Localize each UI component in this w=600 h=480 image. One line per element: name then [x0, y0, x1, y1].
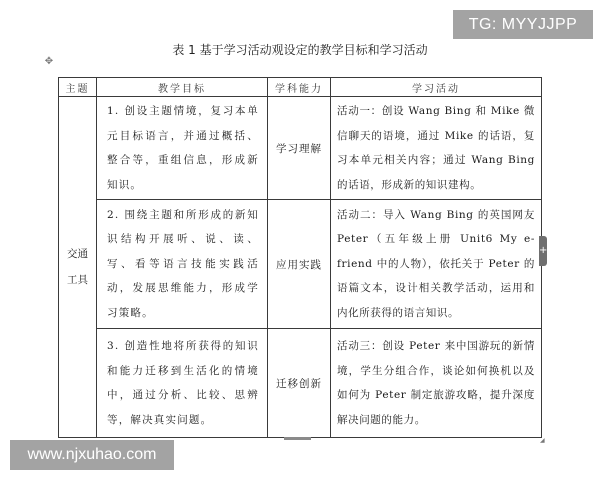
skill-cell[interactable]: 学习理解 — [268, 97, 331, 200]
topic-text: 交通工具 — [67, 241, 89, 293]
table-move-handle-icon[interactable]: ✥ — [44, 57, 54, 67]
header-teaching-goal: 教学目标 — [97, 78, 268, 97]
header-subject-ability: 学科能力 — [268, 78, 331, 97]
watermark-top: TG: MYYJJPP — [453, 10, 593, 39]
table-caption: 表 1 基于学习活动观设定的教学目标和学习活动 — [0, 41, 600, 58]
goal-cell[interactable]: 2. 围绕主题和所形成的新知识结构开展听、说、读、写、看等语言技能实践活动，发展… — [97, 200, 268, 329]
goal-cell[interactable]: 3. 创造性地将所获得的知识和能力迁移到生活化的情境中，通过分析、比较、思辨等，… — [97, 329, 268, 438]
goal-cell[interactable]: 1. 创设主题情境，复习本单元目标语言，并通过概括、整合等，重组信息，形成新知识… — [97, 97, 268, 200]
header-topic: 主题 — [59, 78, 97, 97]
add-row-handle[interactable] — [284, 437, 311, 440]
teaching-goals-table: 主题 教学目标 学科能力 学习活动 交通工具 1. 创设主题情境，复习本单元目标… — [58, 77, 542, 438]
header-learning-activity: 学习活动 — [331, 78, 542, 97]
table-row: 交通工具 1. 创设主题情境，复习本单元目标语言，并通过概括、整合等，重组信息，… — [59, 97, 542, 200]
skill-cell[interactable]: 应用实践 — [268, 200, 331, 329]
table-row: 3. 创造性地将所获得的知识和能力迁移到生活化的情境中，通过分析、比较、思辨等，… — [59, 329, 542, 438]
topic-cell[interactable]: 交通工具 — [59, 97, 97, 438]
table-header-row: 主题 教学目标 学科能力 学习活动 — [59, 78, 542, 97]
table-resize-icon[interactable]: ◢ — [540, 437, 545, 442]
activity-cell[interactable]: 活动一：创设 Wang Bing 和 Mike 微信聊天的语境，通过 Mike … — [331, 97, 542, 200]
add-column-plus-icon[interactable]: + — [539, 236, 547, 266]
skill-cell[interactable]: 迁移创新 — [268, 329, 331, 438]
activity-cell[interactable]: 活动二：导入 Wang Bing 的英国网友 Peter（五年级上册 Unit6… — [331, 200, 542, 329]
activity-cell[interactable]: 活动三：创设 Peter 来中国游玩的新情境，学生分组合作，谈论如何换机以及如何… — [331, 329, 542, 438]
watermark-bottom: www.njxuhao.com — [10, 440, 174, 470]
table-row: 2. 围绕主题和所形成的新知识结构开展听、说、读、写、看等语言技能实践活动，发展… — [59, 200, 542, 329]
